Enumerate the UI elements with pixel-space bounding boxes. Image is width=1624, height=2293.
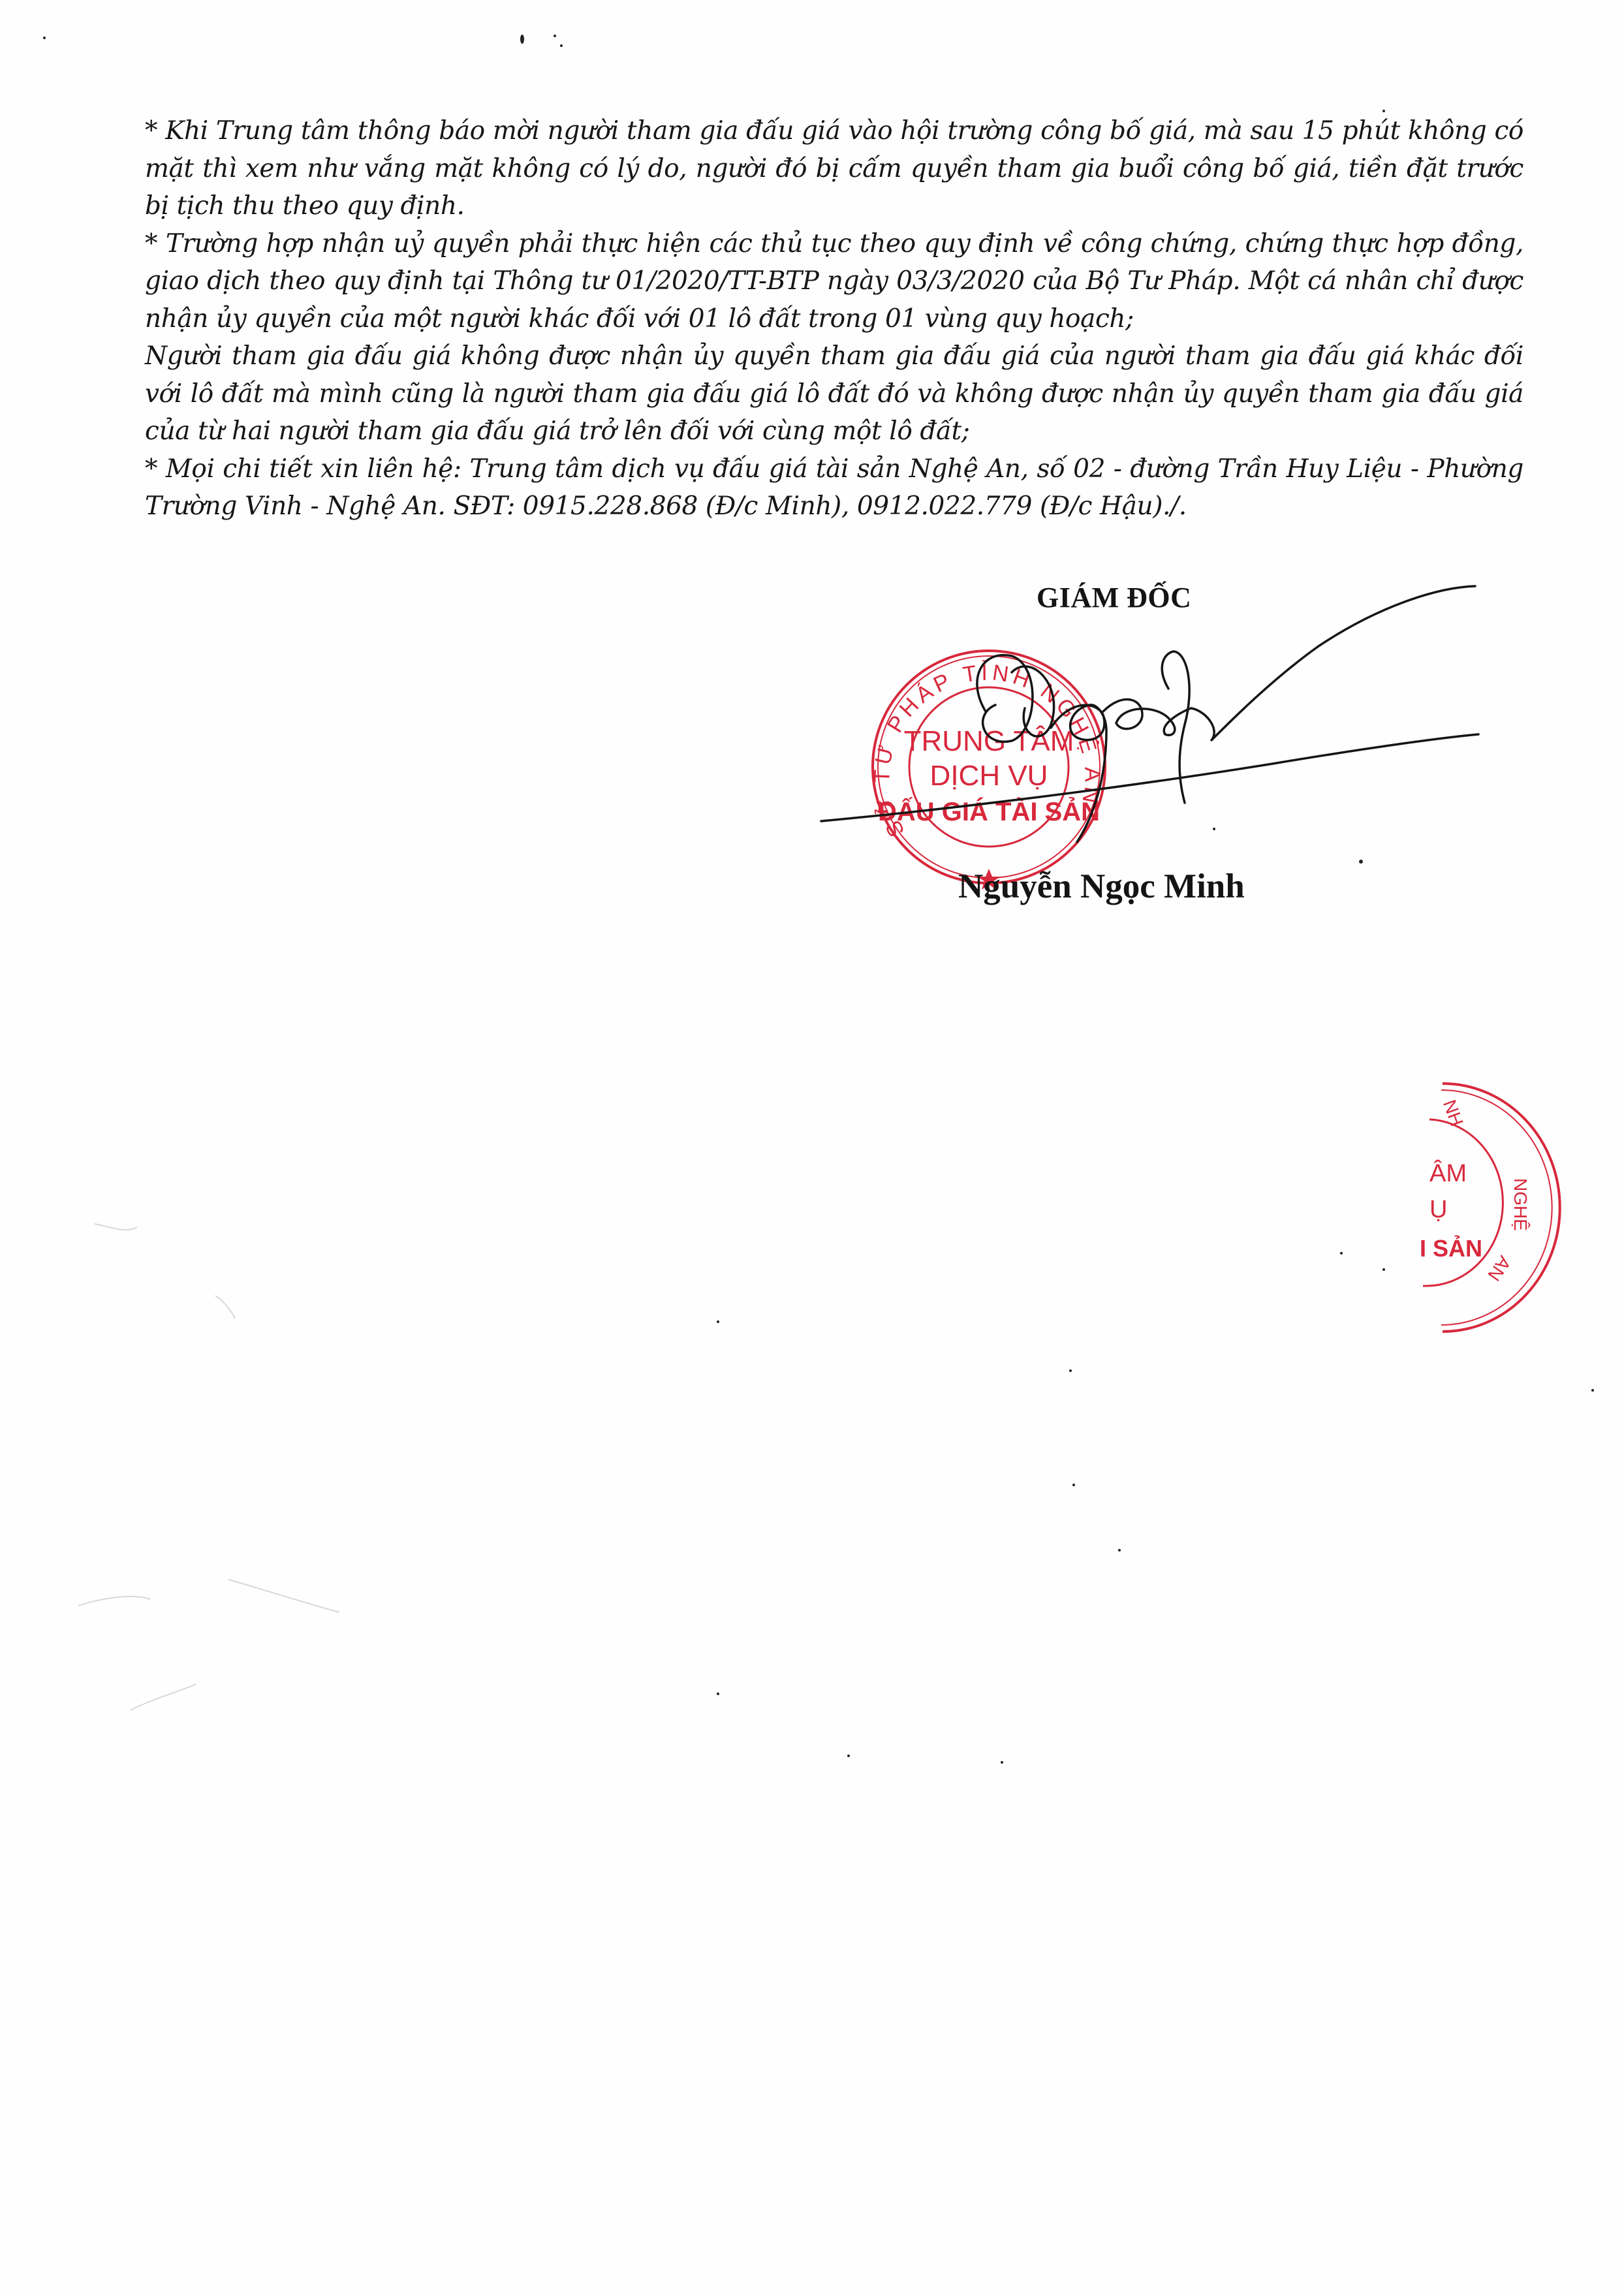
document-page: * Khi Trung tâm thông báo mời người tham…: [0, 0, 1624, 2293]
scan-noise: [0, 0, 1624, 2293]
